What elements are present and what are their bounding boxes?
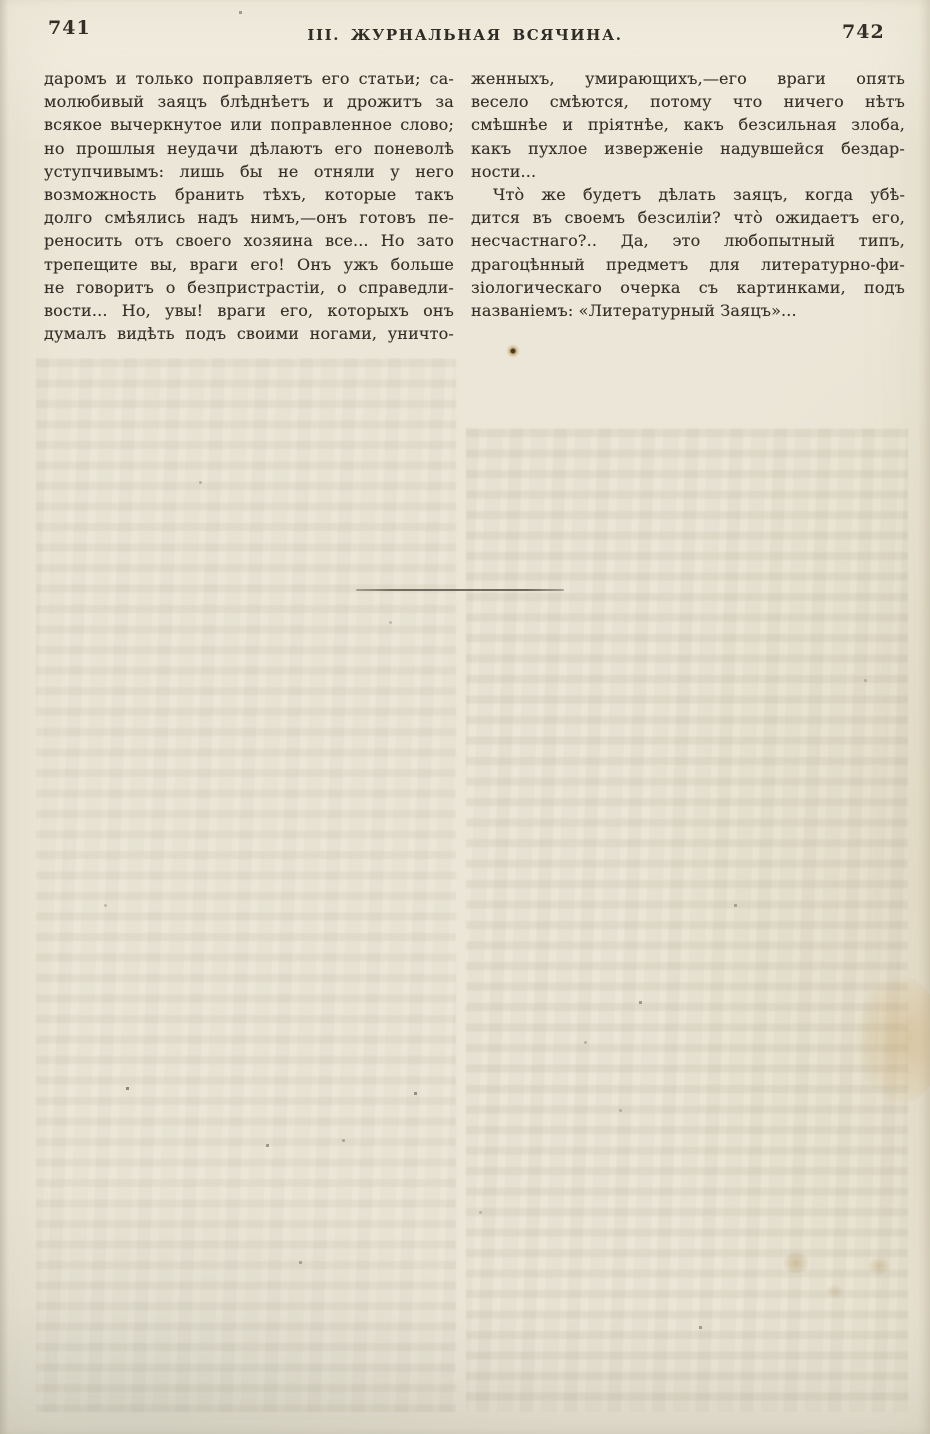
text-line: молюбивый заяцъ блѣднѣетъ и дрожитъ за [44, 90, 454, 113]
section-divider-rule [356, 589, 564, 591]
text-column-right: женныхъ, умирающихъ,—его враги опять вес… [471, 67, 905, 322]
ink-speck-stain [506, 344, 520, 358]
text-line: несчастнаго?.. Да, это любопытный типъ, [471, 229, 905, 252]
verso-showthrough-left [36, 358, 456, 1412]
text-column-left: даромъ и только поправляетъ его статьи; … [44, 67, 454, 345]
text-line: какъ пухлое изверженіе надувшейся бездар… [471, 137, 905, 160]
text-line: долго смѣялись надъ нимъ,—онъ готовъ пе- [44, 206, 454, 229]
paper-specks [0, 0, 1, 1]
verso-showthrough-right [466, 428, 908, 1412]
text-line: вости... Но, увы! враги его, которыхъ он… [44, 299, 454, 322]
text-line: реносить отъ своего хозяина все... Но за… [44, 229, 454, 252]
text-line: но прошлыя неудачи дѣлаютъ его поневолѣ [44, 137, 454, 160]
text-line: женныхъ, умирающихъ,—его враги опять [471, 67, 905, 90]
text-line: смѣшнѣе и пріятнѣе, какъ безсильная злоб… [471, 113, 905, 136]
scanned-journal-page: 741 III. ЖУРНАЛЬНАЯ ВСЯЧИНА. 742 даромъ … [0, 0, 930, 1434]
text-line: даромъ и только поправляетъ его статьи; … [44, 67, 454, 90]
running-title: III. ЖУРНАЛЬНАЯ ВСЯЧИНА. [0, 26, 930, 44]
text-line-paragraph-start: Что̀ же будетъ дѣлать заяцъ, когда убѣ- [471, 183, 905, 206]
text-line: не говоритъ о безпристрастіи, о справедл… [44, 276, 454, 299]
text-line: весело смѣются, потому что ничего нѣтъ [471, 90, 905, 113]
page-number-right: 742 [842, 21, 885, 43]
foxing-spot [783, 1252, 809, 1274]
text-line: уступчивымъ: лишь бы не отняли у него [44, 160, 454, 183]
text-line: трепещите вы, враги его! Онъ ужъ больше [44, 253, 454, 276]
text-line: драгоцѣнный предметъ для литературно-фи- [471, 253, 905, 276]
text-line: думалъ видѣть подъ своими ногами, уничто… [44, 322, 454, 345]
text-line: возможность бранить тѣхъ, которые такъ [44, 183, 454, 206]
text-line: зіологическаго очерка съ картинками, под… [471, 276, 905, 299]
foxing-spot [826, 1284, 844, 1299]
text-line: ности... [471, 160, 905, 183]
foxing-spot [868, 1256, 890, 1276]
text-line: всякое вычеркнутое или поправленное слов… [44, 113, 454, 136]
text-line: названіемъ: «Литературный Заяцъ»... [471, 299, 905, 322]
text-line: дится въ своемъ безсиліи? что̀ ожидаетъ … [471, 206, 905, 229]
